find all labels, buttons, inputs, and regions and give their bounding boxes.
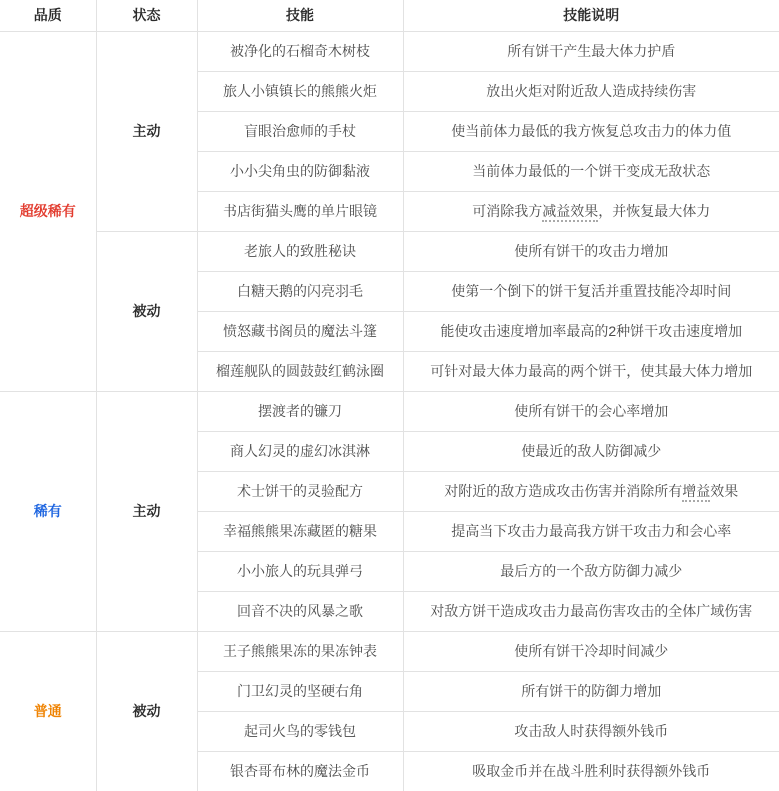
skill-description-cell: 使所有饼干的会心率增加 — [403, 391, 779, 431]
column-header-skill: 技能 — [197, 0, 403, 31]
skill-name-cell: 书店街猫头鹰的单片眼镜 — [197, 191, 403, 231]
table-row: 稀有 主动 摆渡者的镰刀 使所有饼干的会心率增加 — [0, 391, 779, 431]
skill-description-cell: 可针对最大体力最高的两个饼干，使其最大体力增加 — [403, 351, 779, 391]
skill-name-cell: 术士饼干的灵验配方 — [197, 471, 403, 511]
skill-description-cell: 最后方的一个敌方防御力减少 — [403, 551, 779, 591]
skill-name-cell: 白糖天鹅的闪亮羽毛 — [197, 271, 403, 311]
skill-description-cell: 所有饼干的防御力增加 — [403, 671, 779, 711]
skill-name-cell: 商人幻灵的虚幻冰淇淋 — [197, 431, 403, 471]
skill-description-cell: 使最近的敌人防御减少 — [403, 431, 779, 471]
skill-description-cell: 使第一个倒下的饼干复活并重置技能冷却时间 — [403, 271, 779, 311]
column-header-quality: 品质 — [0, 0, 96, 31]
skill-name-cell: 幸福熊熊果冻藏匿的糖果 — [197, 511, 403, 551]
column-header-status: 状态 — [96, 0, 197, 31]
table-row: 超级稀有 主动 被净化的石榴奇木树枝 所有饼干产生最大体力护盾 — [0, 31, 779, 71]
skill-name-cell: 盲眼治愈师的手杖 — [197, 111, 403, 151]
skill-name-cell: 老旅人的致胜秘诀 — [197, 231, 403, 271]
status-cell-active: 主动 — [96, 31, 197, 231]
skill-description-cell: 使所有饼干的攻击力增加 — [403, 231, 779, 271]
skill-description-cell: 对敌方饼干造成攻击力最高伤害攻击的全体广域伤害 — [403, 591, 779, 631]
skill-name-cell: 被净化的石榴奇木树枝 — [197, 31, 403, 71]
skill-name-cell: 起司火鸟的零钱包 — [197, 711, 403, 751]
table-row: 普通 被动 王子熊熊果冻的果冻钟表 使所有饼干冷却时间减少 — [0, 631, 779, 671]
skill-description-cell: 吸取金币并在战斗胜利时获得额外钱币 — [403, 751, 779, 791]
skill-name-cell: 小小尖角虫的防御黏液 — [197, 151, 403, 191]
skill-name-cell: 银杏哥布林的魔法金币 — [197, 751, 403, 791]
skill-name-cell: 门卫幻灵的坚硬右角 — [197, 671, 403, 711]
skill-description-cell: 所有饼干产生最大体力护盾 — [403, 31, 779, 71]
status-cell-active: 主动 — [96, 391, 197, 631]
skill-description-cell: 攻击敌人时获得额外钱币 — [403, 711, 779, 751]
skill-name-cell: 旅人小镇镇长的熊熊火炬 — [197, 71, 403, 111]
skill-description-cell: 对附近的敌方造成攻击伤害并消除所有增益效果 — [403, 471, 779, 511]
quality-cell-super-rare: 超级稀有 — [0, 31, 96, 391]
skill-description-cell: 使当前体力最低的我方恢复总攻击力的体力值 — [403, 111, 779, 151]
status-cell-passive: 被动 — [96, 631, 197, 791]
skill-description-cell: 能使攻击速度增加率最高的2种饼干攻击速度增加 — [403, 311, 779, 351]
skill-description-cell: 提高当下攻击力最高我方饼干攻击力和会心率 — [403, 511, 779, 551]
skill-table: 品质 状态 技能 技能说明 超级稀有 主动 被净化的石榴奇木树枝 所有饼干产生最… — [0, 0, 779, 791]
skill-description-cell: 当前体力最低的一个饼干变成无敌状态 — [403, 151, 779, 191]
skill-description-cell: 使所有饼干冷却时间减少 — [403, 631, 779, 671]
skill-name-cell: 榴莲舰队的圆鼓鼓红鹤泳圈 — [197, 351, 403, 391]
skill-description-cell: 可消除我方减益效果，并恢复最大体力 — [403, 191, 779, 231]
table-row: 被动 老旅人的致胜秘诀 使所有饼干的攻击力增加 — [0, 231, 779, 271]
skill-name-cell: 摆渡者的镰刀 — [197, 391, 403, 431]
quality-cell-common: 普通 — [0, 631, 96, 791]
skill-name-cell: 王子熊熊果冻的果冻钟表 — [197, 631, 403, 671]
skill-name-cell: 愤怒藏书阁员的魔法斗篷 — [197, 311, 403, 351]
quality-cell-rare: 稀有 — [0, 391, 96, 631]
skill-name-cell: 小小旅人的玩具弹弓 — [197, 551, 403, 591]
header-row: 品质 状态 技能 技能说明 — [0, 0, 779, 31]
skill-name-cell: 回音不决的风暴之歌 — [197, 591, 403, 631]
skill-description-cell: 放出火炬对附近敌人造成持续伤害 — [403, 71, 779, 111]
column-header-description: 技能说明 — [403, 0, 779, 31]
status-cell-passive: 被动 — [96, 231, 197, 391]
